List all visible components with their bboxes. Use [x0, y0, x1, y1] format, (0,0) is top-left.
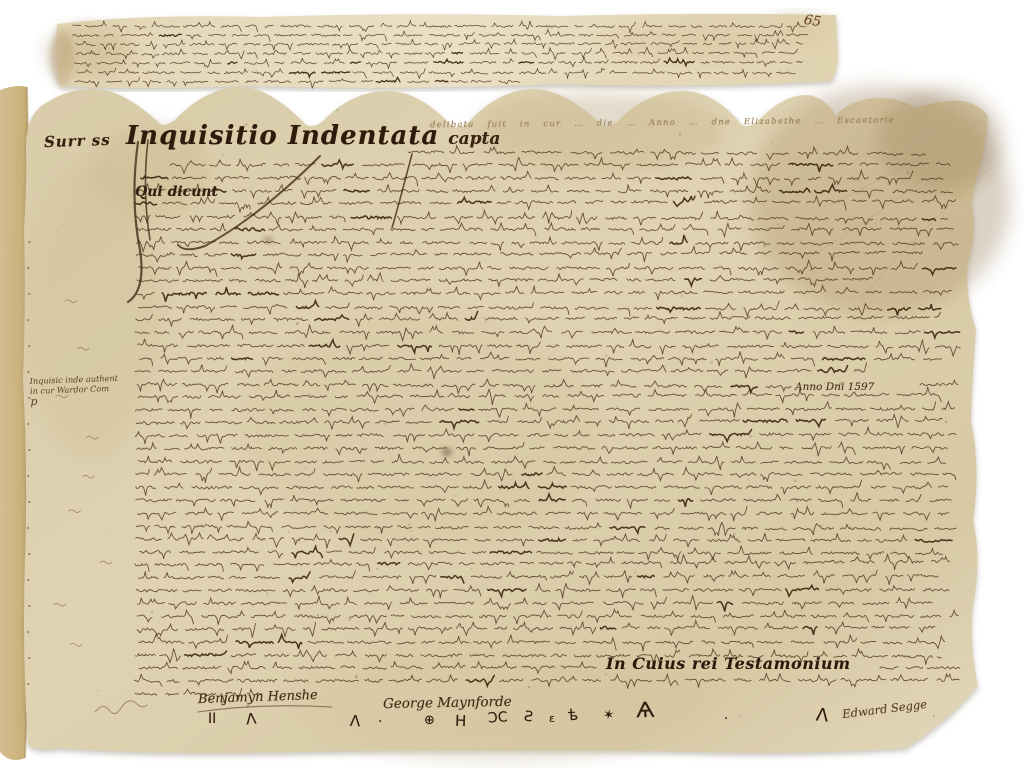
heading-main: Inquisitio Indentata: [126, 121, 439, 151]
witness-mark: ѣ: [568, 706, 579, 725]
witness-mark: ·: [378, 714, 382, 730]
top-strip-fragment: [48, 12, 838, 88]
witness-mark: Λ: [245, 710, 257, 729]
witness-mark: ε: [549, 712, 555, 725]
witness-mark: Λ: [350, 712, 361, 731]
witness-mark: ·: [724, 712, 728, 727]
emphasis-anno-1597: Anno Dni 1597: [795, 381, 874, 393]
emphasis-testimonium: In Cuius rei Testamonium: [606, 654, 851, 673]
witness-mark: ƆC: [487, 709, 508, 726]
witness-mark: Λ: [815, 704, 829, 726]
heading-sub: capta: [448, 129, 500, 149]
county-margin-label: Surr ss: [44, 131, 111, 151]
manuscript-photo: 65 Surr ss Inquisitio Indentatacapta del…: [0, 0, 1024, 768]
marginal-note: Inquisic inde authentin cur Wardor Comp: [29, 372, 142, 407]
witness-mark: H: [455, 712, 467, 730]
folio-number: 65: [803, 12, 822, 30]
witness-mark: ⊕: [424, 713, 435, 728]
emphasis-qui-dicunt: Qui dicunt: [135, 184, 218, 200]
witness-mark: Ѧ: [636, 698, 655, 723]
witness-mark: II: [208, 711, 216, 727]
